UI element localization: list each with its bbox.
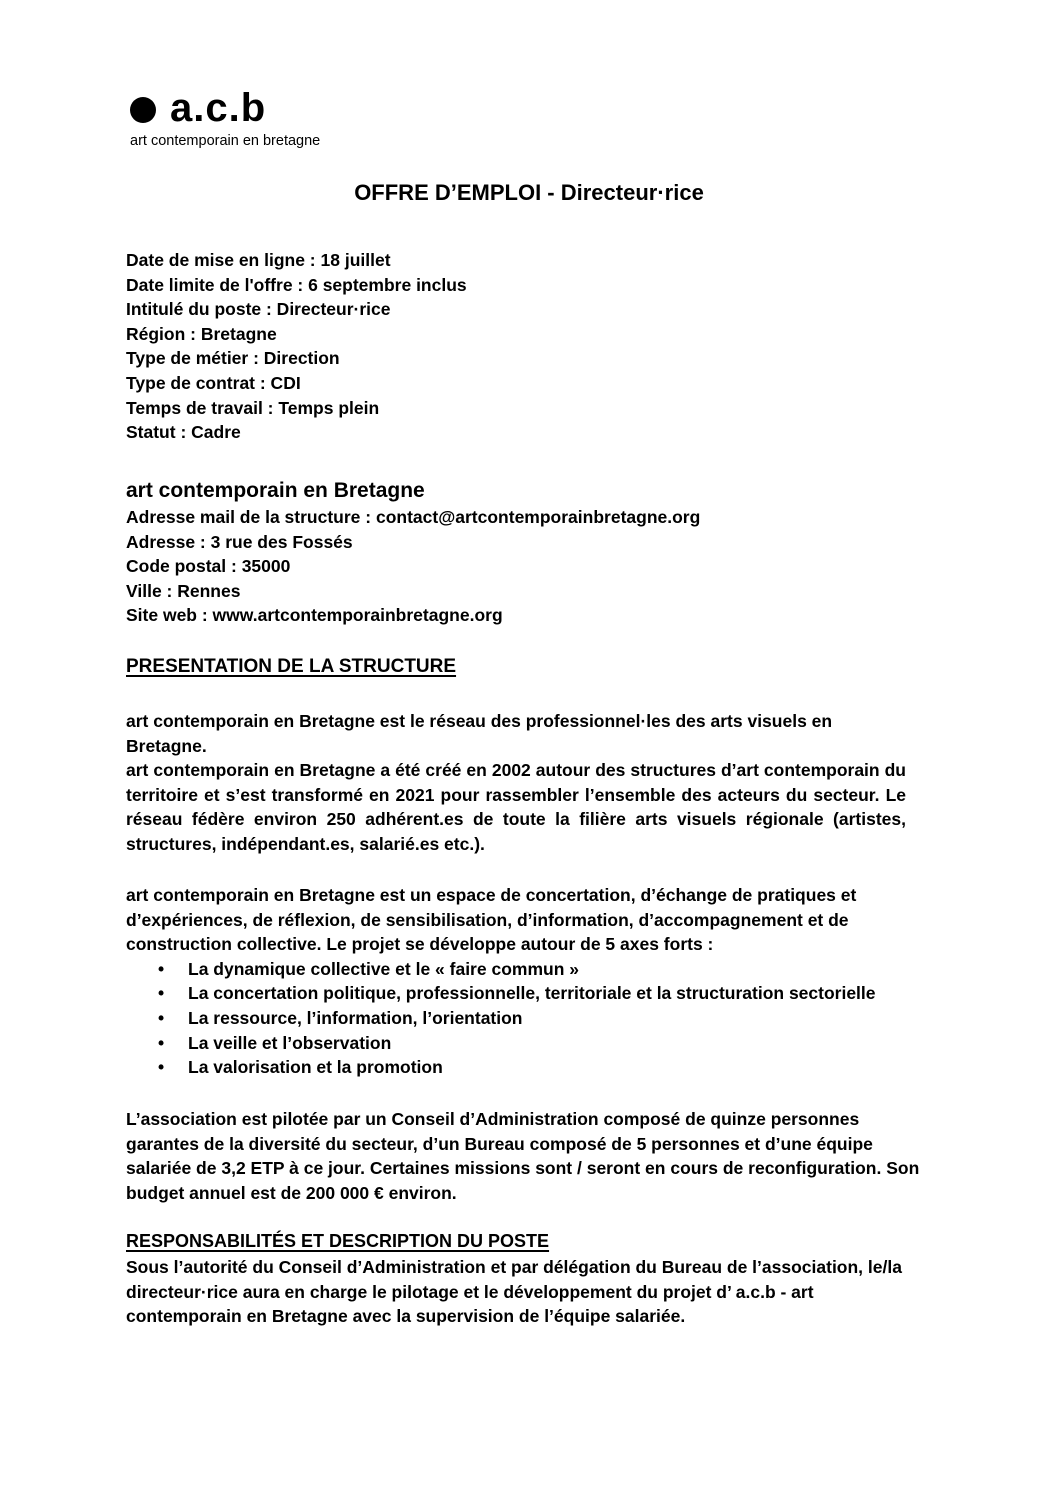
job-info: Date de mise en ligne : 18 juillet Date … xyxy=(126,248,906,445)
org-email-label: Adresse mail de la structure : xyxy=(126,507,376,527)
info-region: Région : Bretagne xyxy=(126,322,906,347)
responsibilities-heading: RESPONSABILITÉS ET DESCRIPTION DU POSTE xyxy=(126,1229,906,1254)
org-address: Adresse : 3 rue des Fossés xyxy=(126,530,906,555)
logo-mark: a.c.b xyxy=(130,88,320,128)
logo-subtitle: art contemporain en bretagne xyxy=(130,132,320,150)
axes-list: La dynamique collective et le « faire co… xyxy=(126,957,916,1080)
info-work-time: Temps de travail : Temps plein xyxy=(126,396,906,421)
org-website-line: Site web : www.artcontemporainbretagne.o… xyxy=(126,603,906,628)
presentation-paragraph-3: L’association est pilotée par un Conseil… xyxy=(126,1107,926,1205)
presentation-heading: PRESENTATION DE LA STRUCTURE xyxy=(126,655,906,680)
info-date-posted: Date de mise en ligne : 18 juillet xyxy=(126,248,906,273)
org-website-label: Site web : xyxy=(126,605,213,625)
info-deadline: Date limite de l'offre : 6 septembre inc… xyxy=(126,273,906,298)
list-item: La ressource, l’information, l’orientati… xyxy=(126,1006,916,1031)
presentation-axes-section: art contemporain en Bretagne est un espa… xyxy=(126,883,916,1080)
presentation-paragraph-1a: art contemporain en Bretagne est le rése… xyxy=(126,709,906,758)
info-status: Statut : Cadre xyxy=(126,420,906,445)
info-contract: Type de contrat : CDI xyxy=(126,371,906,396)
page-title: OFFRE D’EMPLOI - Directeur·rice xyxy=(0,178,1058,208)
organization-name: art contemporain en Bretagne xyxy=(126,477,906,505)
org-email[interactable]: contact@artcontemporainbretagne.org xyxy=(376,507,700,527)
logo-dot-icon xyxy=(130,97,156,123)
responsibilities-paragraph: Sous l’autorité du Conseil d’Administrat… xyxy=(126,1255,926,1329)
info-job-type: Type de métier : Direction xyxy=(126,346,906,371)
org-website[interactable]: www.artcontemporainbretagne.org xyxy=(213,605,503,625)
org-email-line: Adresse mail de la structure : contact@a… xyxy=(126,505,906,530)
presentation-intro: art contemporain en Bretagne est le rése… xyxy=(126,709,906,857)
logo: a.c.b art contemporain en bretagne xyxy=(130,88,320,150)
list-item: La dynamique collective et le « faire co… xyxy=(126,957,916,982)
list-item: La veille et l’observation xyxy=(126,1031,916,1056)
list-item: La valorisation et la promotion xyxy=(126,1055,916,1080)
organization-details: Adresse mail de la structure : contact@a… xyxy=(126,505,906,628)
org-postal-code: Code postal : 35000 xyxy=(126,554,906,579)
info-job-title: Intitulé du poste : Directeur·rice xyxy=(126,297,906,322)
presentation-paragraph-2: art contemporain en Bretagne est un espa… xyxy=(126,883,916,957)
list-item: La concertation politique, professionnel… xyxy=(126,981,916,1006)
presentation-paragraph-1b: art contemporain en Bretagne a été créé … xyxy=(126,758,906,856)
org-city: Ville : Rennes xyxy=(126,579,906,604)
logo-text: a.c.b xyxy=(170,88,266,128)
